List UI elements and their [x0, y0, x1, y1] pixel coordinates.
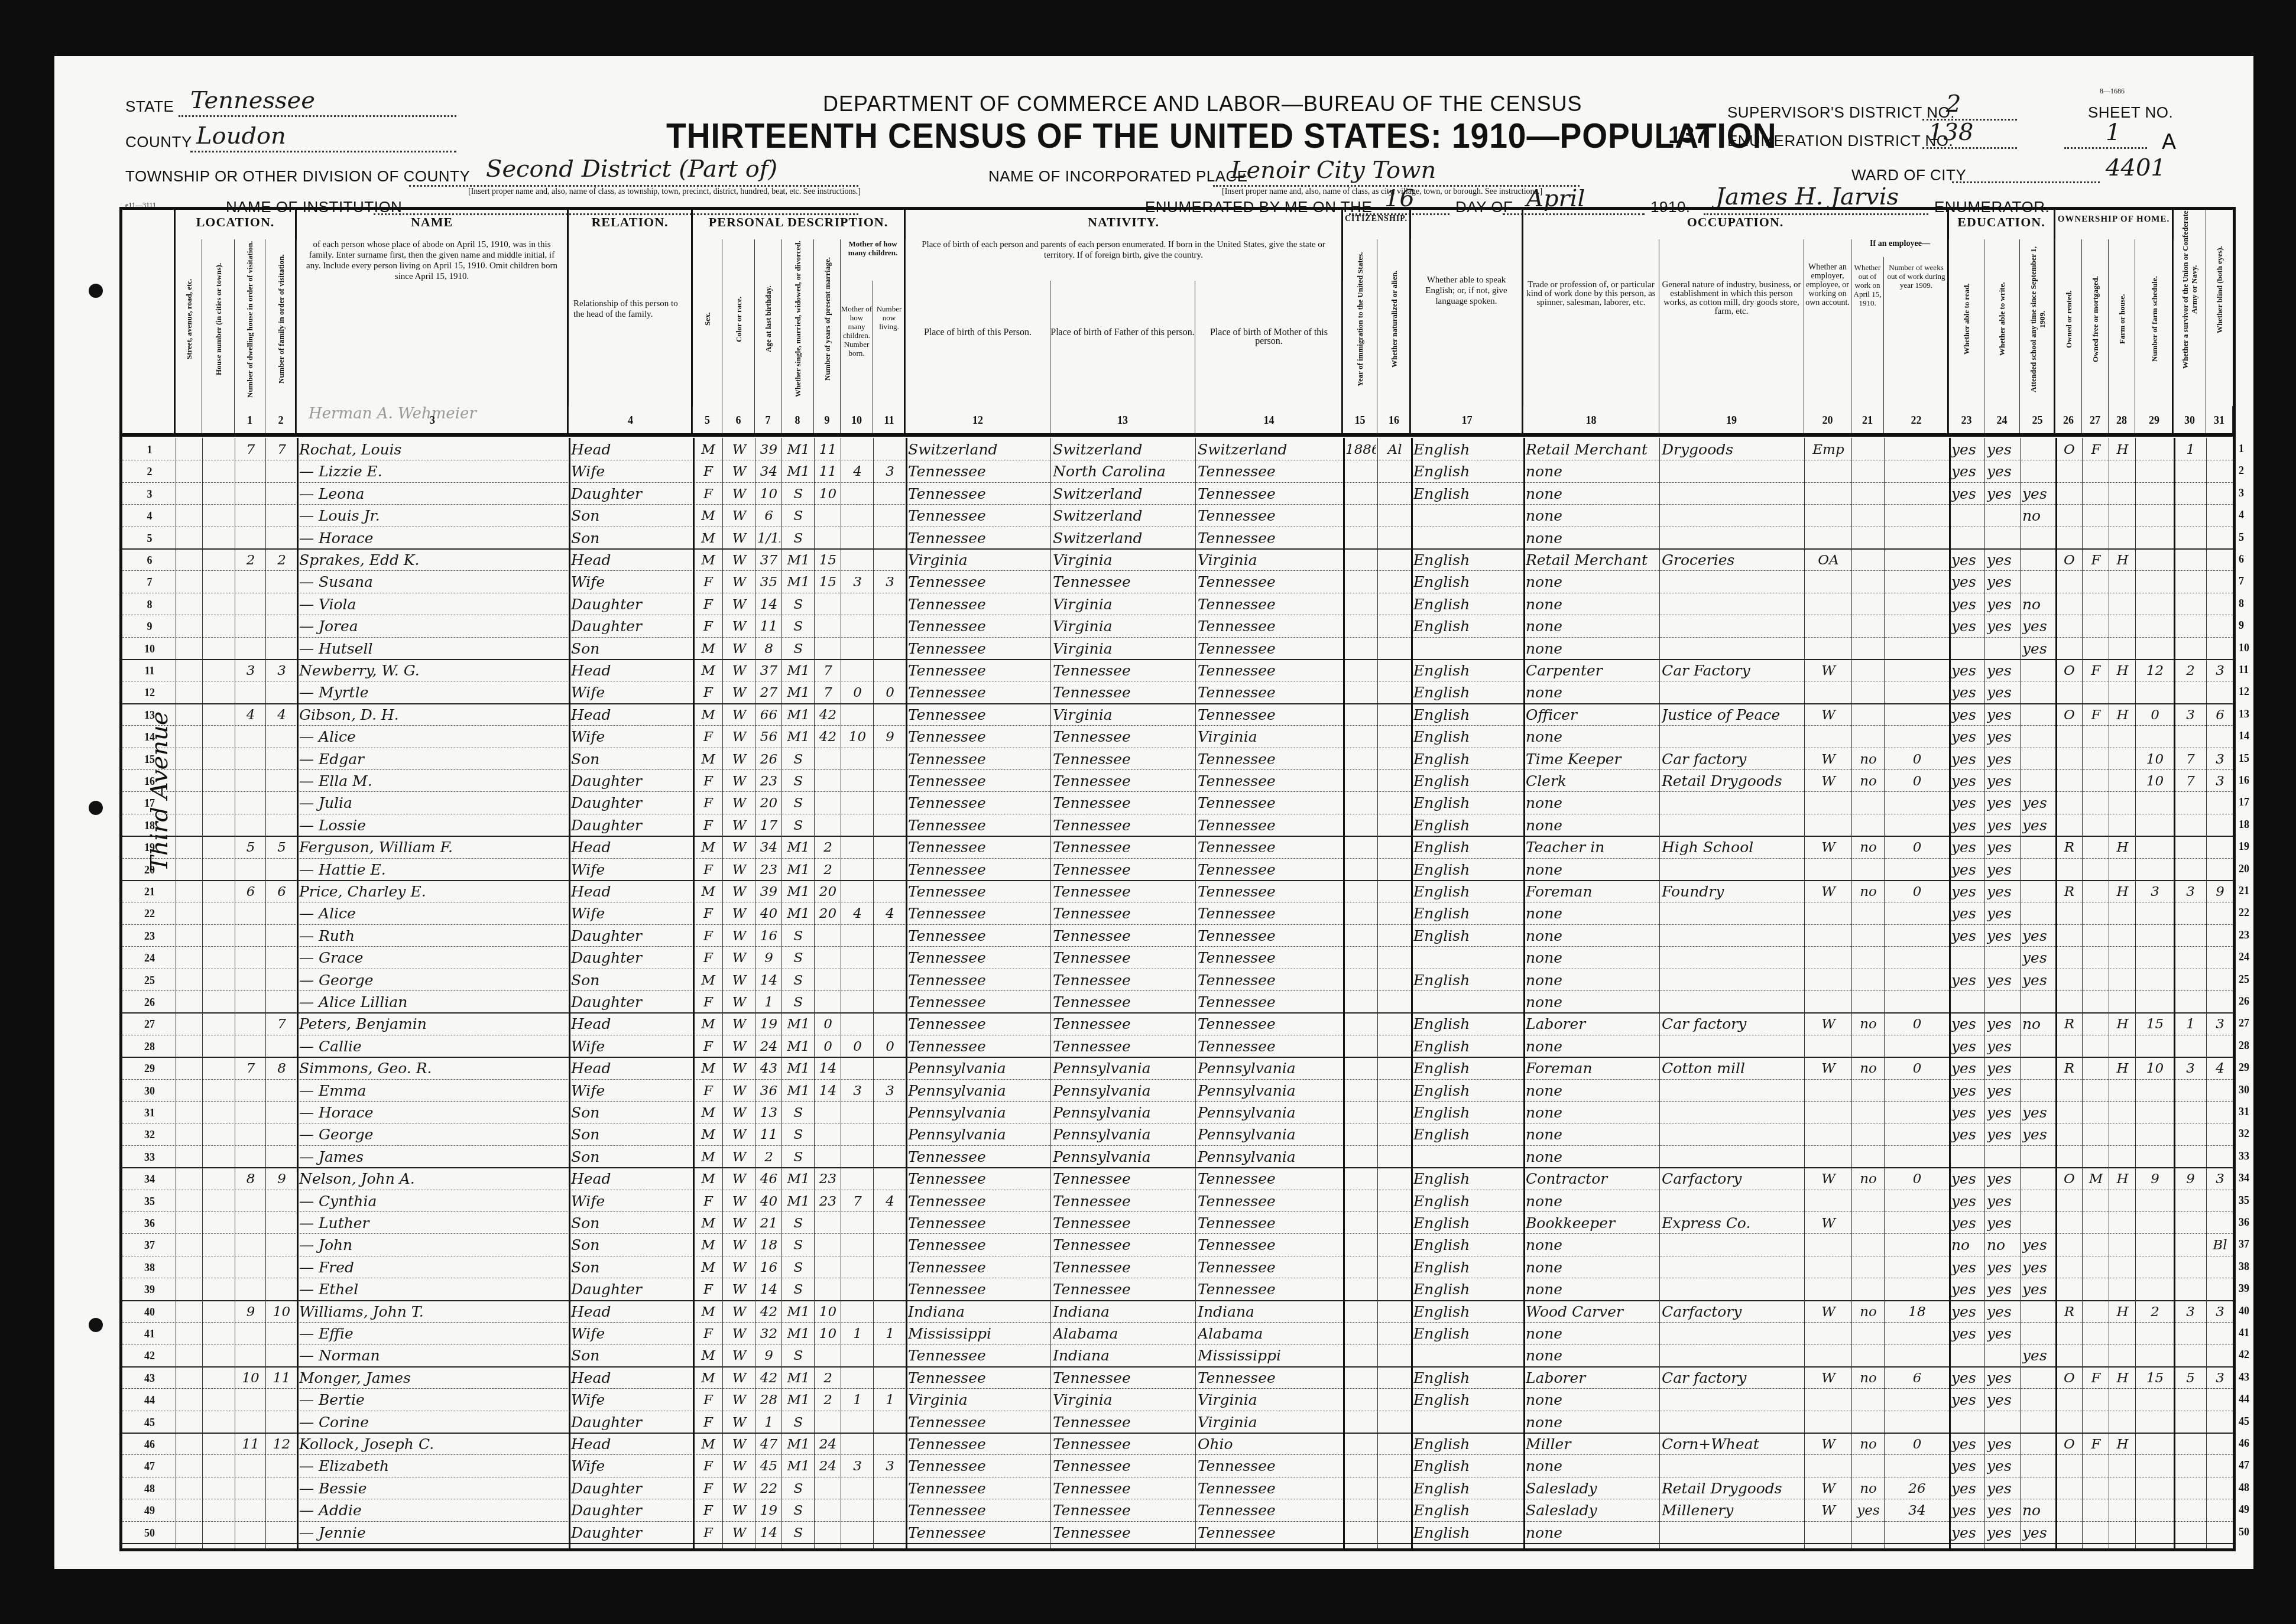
- cell-nat: [1380, 880, 1410, 902]
- cell-age: 21: [757, 1211, 780, 1233]
- column-divider: [1851, 438, 1852, 1548]
- col-header-write: Whether able to write.: [1984, 239, 2020, 406]
- cell-line: 11: [125, 659, 174, 681]
- cell-race: W: [725, 924, 754, 946]
- cell-pobm: Pennsylvania: [1198, 1123, 1342, 1145]
- line-number: 10: [2239, 642, 2249, 654]
- cell-ind: [1662, 902, 1803, 924]
- cell-fam: 7: [268, 438, 296, 460]
- cell-sex: F: [695, 814, 721, 836]
- cell-dw: [237, 1477, 264, 1499]
- cell-lang: English: [1413, 681, 1522, 703]
- cell-oow: no: [1854, 748, 1883, 769]
- cell-ind: [1662, 1278, 1803, 1300]
- cell-age: 56: [757, 725, 780, 747]
- cell-fam: [268, 1411, 296, 1433]
- cell-free: [2084, 1322, 2107, 1344]
- cell-born: [843, 1499, 872, 1521]
- cell-line: 41: [125, 1322, 174, 1344]
- cell-ms: M1: [784, 1454, 813, 1476]
- cell-own: [2058, 814, 2081, 836]
- cell-age: 35: [757, 570, 780, 592]
- cell-emp: W: [1807, 1012, 1850, 1034]
- cell-race: W: [725, 659, 754, 681]
- cell-vet: [2176, 527, 2205, 548]
- cell-yrs: 23: [816, 1190, 839, 1211]
- cell-pobf: Tennessee: [1053, 791, 1194, 813]
- line-number: 30: [2239, 1084, 2249, 1096]
- cell-sch: [2022, 1145, 2054, 1167]
- cell-race: W: [725, 570, 754, 592]
- cell-sch: [2022, 570, 2054, 592]
- cell-write: yes: [1987, 880, 2019, 902]
- cell-blind: [2209, 1521, 2232, 1543]
- cell-sex: M: [695, 1211, 721, 1233]
- cell-race: W: [725, 902, 754, 924]
- col-header-read: Whether able to read.: [1949, 239, 1984, 406]
- cell-dw: 9: [237, 1300, 264, 1322]
- cell-age: 9: [757, 946, 780, 968]
- cell-line: 38: [125, 1256, 174, 1278]
- cell-sch: yes: [2022, 946, 2054, 968]
- cell-sch: [2022, 1388, 2054, 1410]
- cell-living: [875, 504, 904, 526]
- cell-ms: S: [784, 527, 813, 548]
- cell-age: 14: [757, 593, 780, 615]
- table-row: 1344Gibson, D. H.HeadMW66M142TennesseeVi…: [122, 703, 2233, 726]
- cell-oow: no: [1854, 1057, 1883, 1079]
- cell-pob: Pennsylvania: [908, 1123, 1049, 1145]
- cell-race: W: [725, 460, 754, 482]
- cell-born: [843, 836, 872, 858]
- cell-oow: no: [1854, 1366, 1883, 1388]
- line-number: 46: [2239, 1437, 2249, 1450]
- cell-farm: [2111, 593, 2134, 615]
- cell-sex: F: [695, 1322, 721, 1344]
- cell-farm: [2111, 969, 2134, 990]
- table-row: 24— GraceDaughterFW9STennesseeTennesseeT…: [122, 946, 2233, 969]
- table-row: 44— BertieWifeFW28M1211VirginiaVirginiaV…: [122, 1388, 2233, 1411]
- cell-vet: [2176, 1454, 2205, 1476]
- cell-fam: [268, 637, 296, 659]
- cell-free: [2084, 880, 2107, 902]
- cell-sched: [2138, 1101, 2172, 1123]
- cell-pobf: Tennessee: [1053, 1233, 1194, 1255]
- cell-race: W: [725, 504, 754, 526]
- cell-pobm: Switzerland: [1198, 438, 1342, 460]
- cell-name: — Hutsell: [299, 637, 567, 659]
- cell-write: yes: [1987, 681, 2019, 703]
- cell-trade: Retail Merchant: [1526, 548, 1658, 570]
- cell-pobf: Pennsylvania: [1053, 1057, 1194, 1079]
- cell-line: 8: [125, 593, 174, 615]
- cell-free: [2084, 969, 2107, 990]
- line-number: 12: [2239, 686, 2249, 698]
- table-row: 36— LutherSonMW21STennesseeTennesseeTenn…: [122, 1211, 2233, 1234]
- cell-name: Ferguson, William F.: [299, 836, 567, 858]
- cell-pob: Tennessee: [908, 659, 1049, 681]
- cell-age: 11: [757, 1123, 780, 1145]
- cell-sched: [2138, 1256, 2172, 1278]
- cell-free: [2084, 725, 2107, 747]
- cell-ms: M1: [784, 902, 813, 924]
- cell-living: 3: [875, 1454, 904, 1476]
- section-name: NAME of each person whose place of abode…: [297, 210, 569, 434]
- cell-farm: [2111, 1411, 2134, 1433]
- line-number: 11: [2239, 664, 2249, 676]
- cell-write: [1987, 1145, 2019, 1167]
- cell-emp: W: [1807, 659, 1850, 681]
- cell-wks: [1886, 1190, 1948, 1211]
- line-number: 8: [2239, 597, 2244, 610]
- cell-emp: [1807, 593, 1850, 615]
- col-header-family: Number of family in order of visitation.: [265, 239, 297, 406]
- cell-dw: [237, 902, 264, 924]
- cell-vet: 3: [2176, 880, 2205, 902]
- cell-living: [875, 1366, 904, 1388]
- cell-sch: [2022, 1167, 2054, 1189]
- cell-sch: no: [2022, 1012, 2054, 1034]
- cell-oow: [1854, 482, 1883, 504]
- cell-ind: Retail Drygoods: [1662, 1477, 1803, 1499]
- cell-dw: 5: [237, 836, 264, 858]
- cell-write: yes: [1987, 1101, 2019, 1123]
- cell-age: 24: [757, 1035, 780, 1057]
- cell-pobm: Tennessee: [1198, 1190, 1342, 1211]
- cell-ind: Groceries: [1662, 548, 1803, 570]
- cell-age: 26: [757, 748, 780, 769]
- cell-born: [843, 1123, 872, 1145]
- cell-farm: H: [2111, 1366, 2134, 1388]
- cell-sch: [2022, 880, 2054, 902]
- county-label: County: [125, 133, 192, 151]
- cell-rel: Son: [571, 748, 692, 769]
- cell-farm: [2111, 1256, 2134, 1278]
- cell-own: [2058, 570, 2081, 592]
- cell-emp: [1807, 791, 1850, 813]
- cell-trade: none: [1526, 681, 1658, 703]
- cell-rel: Wife: [571, 858, 692, 880]
- column-divider: [569, 438, 570, 1548]
- cell-born: [843, 703, 872, 725]
- cell-trade: none: [1526, 924, 1658, 946]
- cell-free: [2084, 1012, 2107, 1034]
- cell-blind: 3: [2209, 1167, 2232, 1189]
- ward-value: 4401: [2106, 154, 2166, 181]
- cell-trade: Officer: [1526, 703, 1658, 725]
- column-divider: [873, 438, 874, 1548]
- cell-race: W: [725, 880, 754, 902]
- col-header-out-of-work: Whether out of work on April 15, 1910.: [1851, 257, 1884, 406]
- cell-nat: [1380, 1190, 1410, 1211]
- cell-sex: F: [695, 1035, 721, 1057]
- cell-own: [2058, 1079, 2081, 1101]
- cell-read: yes: [1951, 482, 1983, 504]
- line-number: 15: [2239, 752, 2249, 765]
- cell-name: — George: [299, 969, 567, 990]
- cell-dw: [237, 482, 264, 504]
- cell-born: [843, 593, 872, 615]
- cell-read: yes: [1951, 836, 1983, 858]
- cell-age: 27: [757, 681, 780, 703]
- cell-trade: none: [1526, 482, 1658, 504]
- cell-sch: [2022, 681, 2054, 703]
- cell-yrs: 10: [816, 1322, 839, 1344]
- cell-lang: English: [1413, 769, 1522, 791]
- cell-sch: [2022, 1477, 2054, 1499]
- cell-sch: [2022, 769, 2054, 791]
- cell-write: [1987, 1411, 2019, 1433]
- cell-race: W: [725, 1035, 754, 1057]
- cell-emp: W: [1807, 1057, 1850, 1079]
- cell-lang: English: [1413, 1256, 1522, 1278]
- cell-wks: [1886, 1388, 1948, 1410]
- cell-vet: [2176, 990, 2205, 1012]
- page-number: 137: [1668, 122, 1708, 149]
- cell-nat: [1380, 1344, 1410, 1366]
- cell-age: 1/12: [757, 527, 780, 548]
- cell-imm: [1345, 969, 1376, 990]
- cell-living: [875, 1256, 904, 1278]
- cell-wks: [1886, 438, 1948, 460]
- cell-pob: Tennessee: [908, 1366, 1049, 1388]
- cell-age: 9: [757, 1344, 780, 1366]
- cell-rel: Head: [571, 1057, 692, 1079]
- cell-emp: [1807, 990, 1850, 1012]
- cell-sch: no: [2022, 504, 2054, 526]
- cell-nat: Al: [1380, 438, 1410, 460]
- cell-blind: [2209, 460, 2232, 482]
- cell-ms: M1: [784, 1012, 813, 1034]
- cell-name: — Ella M.: [299, 769, 567, 791]
- cell-wks: [1886, 637, 1948, 659]
- cell-farm: [2111, 924, 2134, 946]
- line-number: 26: [2239, 995, 2249, 1008]
- cell-rel: Daughter: [571, 1411, 692, 1433]
- cell-imm: [1345, 482, 1376, 504]
- cell-born: [843, 990, 872, 1012]
- cell-ms: M1: [784, 880, 813, 902]
- line-number: 2: [2239, 465, 2244, 477]
- cell-race: W: [725, 1411, 754, 1433]
- cell-read: yes: [1951, 593, 1983, 615]
- col-header-pob-mother: Place of birth of Mother of this person.: [1195, 281, 1343, 406]
- cell-trade: none: [1526, 504, 1658, 526]
- cell-emp: [1807, 1344, 1850, 1366]
- table-row: 277Peters, BenjaminHeadMW19M10TennesseeT…: [122, 1012, 2233, 1035]
- column-number: 10: [841, 406, 873, 434]
- cell-sex: M: [695, 659, 721, 681]
- line-number: 1: [2239, 443, 2244, 455]
- cell-farm: [2111, 1477, 2134, 1499]
- cell-write: yes: [1987, 1388, 2019, 1410]
- cell-ind: Car factory: [1662, 1012, 1803, 1034]
- cell-pobf: Pennsylvania: [1053, 1123, 1194, 1145]
- cell-rel: Wife: [571, 1035, 692, 1057]
- cell-ms: S: [784, 924, 813, 946]
- cell-pob: Tennessee: [908, 791, 1049, 813]
- cell-living: [875, 1167, 904, 1189]
- cell-sex: F: [695, 946, 721, 968]
- cell-dw: [237, 1322, 264, 1344]
- cell-pobm: Pennsylvania: [1198, 1145, 1342, 1167]
- cell-blind: 9: [2209, 880, 2232, 902]
- cell-farm: H: [2111, 1057, 2134, 1079]
- cell-imm: [1345, 924, 1376, 946]
- cell-free: F: [2084, 703, 2107, 725]
- cell-age: 1: [757, 1411, 780, 1433]
- cell-living: [875, 1300, 904, 1322]
- cell-farm: [2111, 1499, 2134, 1521]
- cell-sch: [2022, 1211, 2054, 1233]
- cell-ms: S: [784, 593, 813, 615]
- cell-pob: Tennessee: [908, 1256, 1049, 1278]
- cell-born: [843, 659, 872, 681]
- cell-imm: [1345, 1057, 1376, 1079]
- cell-born: [843, 1278, 872, 1300]
- cell-ms: M1: [784, 681, 813, 703]
- cell-pobm: Mississippi: [1198, 1344, 1342, 1366]
- cell-imm: [1345, 769, 1376, 791]
- cell-pobm: Pennsylvania: [1198, 1101, 1342, 1123]
- cell-fam: [268, 1190, 296, 1211]
- cell-pobf: Tennessee: [1053, 570, 1194, 592]
- cell-emp: [1807, 1322, 1850, 1344]
- cell-sched: [2138, 990, 2172, 1012]
- cell-lang: English: [1413, 969, 1522, 990]
- cell-imm: [1345, 1233, 1376, 1255]
- cell-ind: [1662, 1521, 1803, 1543]
- table-row: 45— CorineDaughterFW1STennesseeTennessee…: [122, 1411, 2233, 1434]
- cell-sch: [2022, 438, 2054, 460]
- cell-sched: [2138, 858, 2172, 880]
- cell-age: 19: [757, 1012, 780, 1034]
- cell-write: yes: [1987, 659, 2019, 681]
- cell-trade: Saleslady: [1526, 1499, 1658, 1521]
- cell-rel: Daughter: [571, 482, 692, 504]
- cell-pob: Tennessee: [908, 946, 1049, 968]
- cell-lang: English: [1413, 858, 1522, 880]
- cell-own: [2058, 1344, 2081, 1366]
- line-number: 41: [2239, 1327, 2249, 1339]
- cell-yrs: [816, 1521, 839, 1543]
- cell-race: W: [725, 615, 754, 636]
- cell-wks: [1886, 1079, 1948, 1101]
- cell-pobm: Tennessee: [1198, 902, 1342, 924]
- cell-ind: [1662, 570, 1803, 592]
- table-row: 42— NormanSonMW9STennesseeIndianaMississ…: [122, 1344, 2233, 1367]
- column-number: 23: [1949, 406, 1984, 434]
- cell-farm: [2111, 814, 2134, 836]
- cell-rel: Daughter: [571, 1521, 692, 1543]
- col-header-blind: Whether blind (both eyes).: [2206, 210, 2233, 406]
- column-divider: [265, 438, 266, 1548]
- cell-born: [843, 637, 872, 659]
- cell-oow: [1854, 902, 1883, 924]
- cell-emp: W: [1807, 1499, 1850, 1521]
- line-number: 25: [2239, 973, 2249, 986]
- column-number: 2: [265, 406, 297, 434]
- cell-ms: M1: [784, 1388, 813, 1410]
- cell-read: yes: [1951, 1499, 1983, 1521]
- column-number: 13: [1050, 406, 1195, 434]
- language-instructions: Whether able to speak English; or, if no…: [1416, 275, 1517, 307]
- cell-fam: [268, 902, 296, 924]
- cell-read: yes: [1951, 1322, 1983, 1344]
- cell-emp: [1807, 1190, 1850, 1211]
- cell-race: W: [725, 1278, 754, 1300]
- cell-dw: [237, 1256, 264, 1278]
- cell-living: [875, 924, 904, 946]
- cell-vet: [2176, 1079, 2205, 1101]
- column-number: 5: [693, 406, 722, 434]
- cell-living: [875, 482, 904, 504]
- cell-name: — Emma: [299, 1079, 567, 1101]
- cell-yrs: [816, 527, 839, 548]
- cell-yrs: [816, 1145, 839, 1167]
- cell-rel: Wife: [571, 1322, 692, 1344]
- cell-wks: [1886, 460, 1948, 482]
- cell-yrs: [816, 504, 839, 526]
- cell-born: 1: [843, 1388, 872, 1410]
- cell-write: yes: [1987, 593, 2019, 615]
- cell-dw: [237, 1211, 264, 1233]
- cell-sch: [2022, 902, 2054, 924]
- cell-ind: [1662, 615, 1803, 636]
- cell-ind: [1662, 1079, 1803, 1101]
- cell-nat: [1380, 615, 1410, 636]
- cell-race: W: [725, 1012, 754, 1034]
- cell-blind: 3: [2209, 748, 2232, 769]
- cell-wks: [1886, 703, 1948, 725]
- cell-ms: M1: [784, 1190, 813, 1211]
- cell-sched: [2138, 593, 2172, 615]
- col-header-naturalized: Whether naturalized or alien.: [1377, 239, 1411, 406]
- cell-age: 42: [757, 1366, 780, 1388]
- cell-vet: [2176, 1035, 2205, 1057]
- cell-rel: Son: [571, 637, 692, 659]
- column-divider: [1050, 438, 1051, 1548]
- cell-sch: [2022, 527, 2054, 548]
- cell-read: yes: [1951, 548, 1983, 570]
- cell-living: [875, 1477, 904, 1499]
- cell-trade: none: [1526, 1278, 1658, 1300]
- col-header-years-married: Number of years of present marriage.: [814, 239, 841, 406]
- line-number: 14: [2239, 730, 2249, 742]
- table-row: 10— HutsellSonMW8STennesseeVirginiaTenne…: [122, 637, 2233, 660]
- column-number: 9: [814, 406, 841, 434]
- line-number: 18: [2239, 819, 2249, 831]
- cell-line: 26: [125, 990, 174, 1012]
- cell-vet: 7: [2176, 769, 2205, 791]
- cell-ind: [1662, 924, 1803, 946]
- cell-ms: M1: [784, 438, 813, 460]
- cell-vet: [2176, 1123, 2205, 1145]
- cell-imm: [1345, 1499, 1376, 1521]
- cell-blind: 3: [2209, 659, 2232, 681]
- cell-nat: [1380, 527, 1410, 548]
- cell-ind: [1662, 504, 1803, 526]
- line-number: 43: [2239, 1371, 2249, 1383]
- cell-name: — Susana: [299, 570, 567, 592]
- cell-farm: [2111, 527, 2134, 548]
- cell-nat: [1380, 1233, 1410, 1255]
- line-number: 7: [2239, 575, 2244, 587]
- cell-sched: [2138, 527, 2172, 548]
- cell-ms: S: [784, 1101, 813, 1123]
- cell-wks: [1886, 1101, 1948, 1123]
- cell-fam: [268, 1521, 296, 1543]
